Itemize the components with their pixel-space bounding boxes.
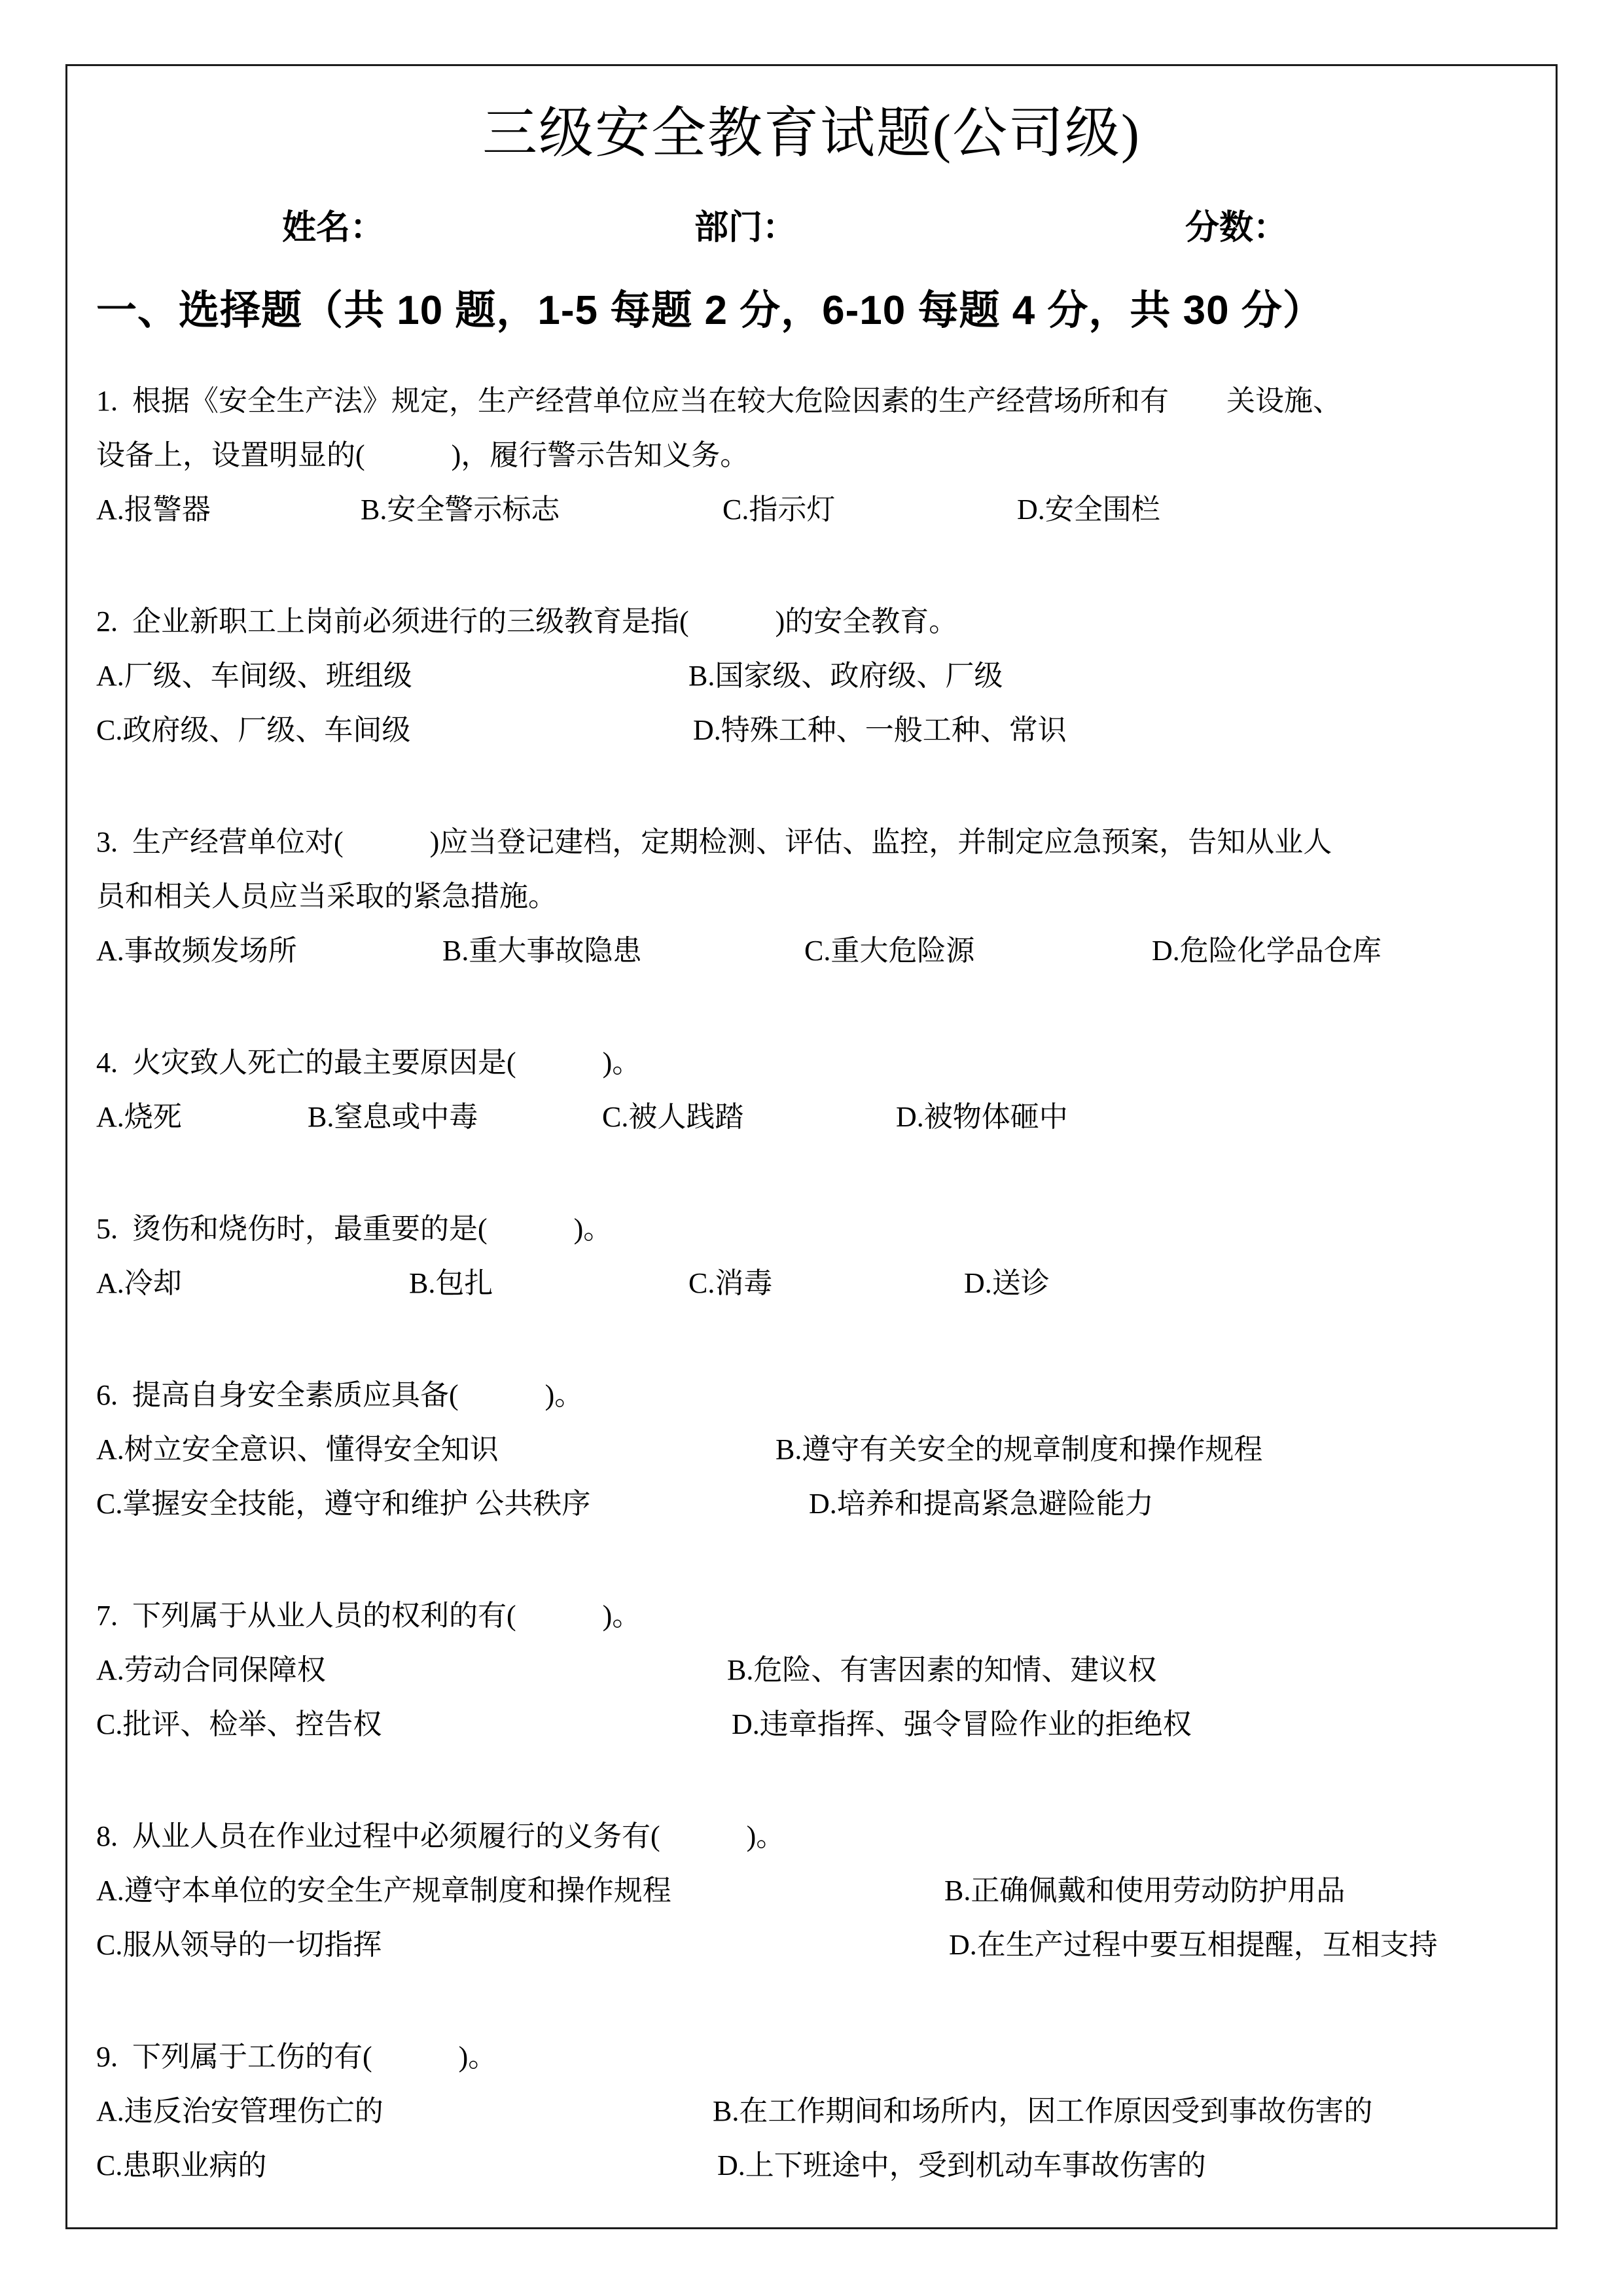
question-9-option-c: C.患职业病的 xyxy=(96,2138,266,2193)
question-9-options-row-1: A.违反治安管理伤亡的 B.在工作期间和场所内，因工作原因受到事故伤害的 xyxy=(96,2084,1527,2138)
question-9-option-a: A.违反治安管理伤亡的 xyxy=(96,2084,383,2138)
question-6: 6. 提高自身安全素质应具备( )。 A.树立安全意识、懂得安全知识 B.遵守有… xyxy=(96,1368,1527,1531)
question-4-options: A.烧死 B.窒息或中毒 C.被人践踏 D.被物体砸中 xyxy=(96,1090,1527,1144)
question-5: 5. 烫伤和烧伤时，最重要的是( )。 A.冷却 B.包扎 C.消毒 D.送诊 xyxy=(96,1202,1527,1310)
question-6-options-row-1: A.树立安全意识、懂得安全知识 B.遵守有关安全的规章制度和操作规程 xyxy=(96,1422,1527,1477)
question-9-option-b: B.在工作期间和场所内，因工作原因受到事故伤害的 xyxy=(713,2084,1372,2138)
question-1-option-d: D.安全围栏 xyxy=(1017,482,1160,537)
page-border-frame: 三级安全教育试题(公司级) 姓名： 部门： 分数： 一、选择题（共 10 题，1… xyxy=(65,64,1558,2229)
header-fields-row: 姓名： 部门： 分数： xyxy=(96,200,1527,245)
question-8-option-c: C.服从领导的一切指挥 xyxy=(96,1918,382,1972)
question-3-option-b: B.重大事故隐患 xyxy=(442,924,641,978)
question-9-option-d: D.上下班途中，受到机动车事故伤害的 xyxy=(717,2138,1206,2193)
question-7-stem: 7. 下列属于从业人员的权利的有( )。 xyxy=(96,1588,1527,1643)
question-5-option-d: D.送诊 xyxy=(964,1256,1050,1310)
question-3-option-d: D.危险化学品仓库 xyxy=(1152,924,1382,978)
score-label: 分数： xyxy=(1185,200,1287,249)
question-6-option-a: A.树立安全意识、懂得安全知识 xyxy=(96,1422,499,1477)
question-5-stem: 5. 烫伤和烧伤时，最重要的是( )。 xyxy=(96,1202,1527,1256)
question-2-stem: 2. 企业新职工上岗前必须进行的三级教育是指( )的安全教育。 xyxy=(96,594,1527,649)
question-3-option-a: A.事故频发场所 xyxy=(96,924,297,978)
question-8-option-b: B.正确佩戴和使用劳动防护用品 xyxy=(944,1863,1345,1918)
question-6-option-d: D.培养和提高紧急避险能力 xyxy=(809,1477,1154,1531)
question-1-option-b: B.安全警示标志 xyxy=(361,482,560,537)
question-8-stem: 8. 从业人员在作业过程中必须履行的义务有( )。 xyxy=(96,1809,1527,1863)
question-6-option-b: B.遵守有关安全的规章制度和操作规程 xyxy=(776,1422,1262,1477)
question-4: 4. 火灾致人死亡的最主要原因是( )。 A.烧死 B.窒息或中毒 C.被人践踏… xyxy=(96,1035,1527,1144)
question-8-option-a: A.遵守本单位的安全生产规章制度和操作规程 xyxy=(96,1863,671,1918)
department-label: 部门： xyxy=(694,200,796,249)
question-7-option-c: C.批评、检举、控告权 xyxy=(96,1697,382,1751)
question-list: 1. 根据《安全生产法》规定，生产经营单位应当在较大危险因素的生产经营场所和有 … xyxy=(96,374,1527,2193)
question-1: 1. 根据《安全生产法》规定，生产经营单位应当在较大危险因素的生产经营场所和有 … xyxy=(96,374,1527,537)
question-6-options-row-2: C.掌握安全技能，遵守和维护 公共秩序 D.培养和提高紧急避险能力 xyxy=(96,1477,1527,1531)
question-3: 3. 生产经营单位对( )应当登记建档，定期检测、评估、监控，并制定应急预案，告… xyxy=(96,815,1527,978)
question-4-option-d: D.被物体砸中 xyxy=(896,1090,1068,1144)
question-7: 7. 下列属于从业人员的权利的有( )。 A.劳动合同保障权 B.危险、有害因素… xyxy=(96,1588,1527,1751)
question-4-option-a: A.烧死 xyxy=(96,1090,182,1144)
question-2-option-b: B.国家级、政府级、厂级 xyxy=(688,649,1003,703)
question-6-option-c: C.掌握安全技能，遵守和维护 公共秩序 xyxy=(96,1477,590,1531)
question-1-options: A.报警器 B.安全警示标志 C.指示灯 D.安全围栏 xyxy=(96,482,1527,537)
question-5-option-c: C.消毒 xyxy=(688,1256,772,1310)
question-4-stem: 4. 火灾致人死亡的最主要原因是( )。 xyxy=(96,1035,1527,1090)
name-label: 姓名： xyxy=(282,200,384,249)
question-4-option-c: C.被人践踏 xyxy=(602,1090,743,1144)
question-1-option-c: C.指示灯 xyxy=(722,482,835,537)
question-7-options-row-1: A.劳动合同保障权 B.危险、有害因素的知情、建议权 xyxy=(96,1643,1527,1697)
question-8-options-row-2: C.服从领导的一切指挥 D.在生产过程中要互相提醒，互相支持 xyxy=(96,1918,1527,1972)
question-7-options-row-2: C.批评、检举、控告权 D.违章指挥、强令冒险作业的拒绝权 xyxy=(96,1697,1527,1751)
question-5-options: A.冷却 B.包扎 C.消毒 D.送诊 xyxy=(96,1256,1527,1310)
question-7-option-d: D.违章指挥、强令冒险作业的拒绝权 xyxy=(732,1697,1192,1751)
exam-page: 三级安全教育试题(公司级) 姓名： 部门： 分数： 一、选择题（共 10 题，1… xyxy=(0,0,1623,2296)
section-heading: 一、选择题（共 10 题，1-5 每题 2 分，6-10 每题 4 分，共 30… xyxy=(96,285,1527,337)
question-2-option-c: C.政府级、厂级、车间级 xyxy=(96,703,410,757)
question-3-option-c: C.重大危险源 xyxy=(804,924,974,978)
question-7-option-b: B.危险、有害因素的知情、建议权 xyxy=(727,1643,1156,1697)
question-8-option-d: D.在生产过程中要互相提醒，互相支持 xyxy=(949,1918,1438,1972)
question-2-option-d: D.特殊工种、一般工种、常识 xyxy=(693,703,1067,757)
question-2-options-row-2: C.政府级、厂级、车间级 D.特殊工种、一般工种、常识 xyxy=(96,703,1527,757)
question-3-stem: 3. 生产经营单位对( )应当登记建档，定期检测、评估、监控，并制定应急预案，告… xyxy=(96,815,1527,924)
question-8-options-row-1: A.遵守本单位的安全生产规章制度和操作规程 B.正确佩戴和使用劳动防护用品 xyxy=(96,1863,1527,1918)
question-2-options-row-1: A.厂级、车间级、班组级 B.国家级、政府级、厂级 xyxy=(96,649,1527,703)
question-9-options-row-2: C.患职业病的 D.上下班途中，受到机动车事故伤害的 xyxy=(96,2138,1527,2193)
page-title: 三级安全教育试题(公司级) xyxy=(96,100,1527,168)
question-6-stem: 6. 提高自身安全素质应具备( )。 xyxy=(96,1368,1527,1422)
question-5-option-a: A.冷却 xyxy=(96,1256,182,1310)
question-2-option-a: A.厂级、车间级、班组级 xyxy=(96,649,412,703)
question-8: 8. 从业人员在作业过程中必须履行的义务有( )。 A.遵守本单位的安全生产规章… xyxy=(96,1809,1527,1972)
question-7-option-a: A.劳动合同保障权 xyxy=(96,1643,326,1697)
question-1-stem: 1. 根据《安全生产法》规定，生产经营单位应当在较大危险因素的生产经营场所和有 … xyxy=(96,374,1527,482)
question-1-option-a: A.报警器 xyxy=(96,482,211,537)
question-9: 9. 下列属于工伤的有( )。 A.违反治安管理伤亡的 B.在工作期间和场所内，… xyxy=(96,2030,1527,2193)
question-4-option-b: B.窒息或中毒 xyxy=(308,1090,478,1144)
question-5-option-b: B.包扎 xyxy=(409,1256,493,1310)
question-9-stem: 9. 下列属于工伤的有( )。 xyxy=(96,2030,1527,2084)
question-3-options: A.事故频发场所 B.重大事故隐患 C.重大危险源 D.危险化学品仓库 xyxy=(96,924,1527,978)
question-2: 2. 企业新职工上岗前必须进行的三级教育是指( )的安全教育。 A.厂级、车间级… xyxy=(96,594,1527,757)
